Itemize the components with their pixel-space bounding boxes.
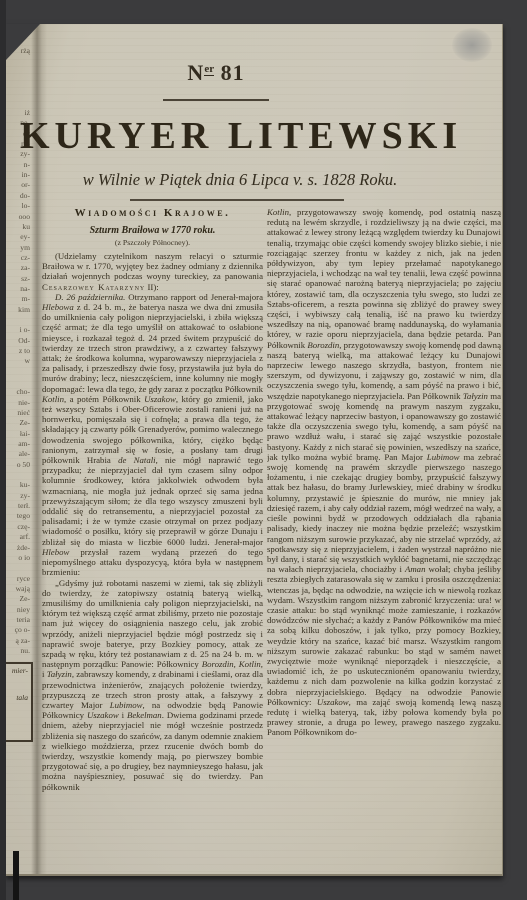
- margin-fragment: Ze-: [6, 594, 30, 604]
- body-text: „Gdyśmy już robotami naszemi w ziemi, ta…: [42, 578, 263, 670]
- margin-fragment: ku-: [6, 480, 30, 490]
- issue-digits: 81: [221, 60, 245, 85]
- margin-fragment: [6, 67, 30, 77]
- margin-fragment: ooo: [6, 212, 30, 222]
- margin-fragment: o 50: [6, 460, 30, 470]
- margin-fragment: [6, 77, 30, 87]
- dateline: w Wilnie w Piątek dnia 6 Lipca v. s. 182…: [20, 170, 460, 190]
- body-text: , a potém Półkownik: [64, 394, 144, 404]
- body-text: ma zebrać swoję komendę na prawém skrzyd…: [267, 452, 501, 574]
- margin-fragment: kim: [6, 305, 30, 315]
- italic-name: Lubimow: [110, 700, 143, 710]
- margin-fragment: am-: [6, 439, 30, 449]
- margin-fragment: w: [6, 356, 30, 366]
- margin-fragment: n-: [6, 160, 30, 170]
- italic-name: Tałyzin: [47, 669, 72, 679]
- italic-name: Uszakow: [87, 710, 119, 720]
- body-text: II):: [145, 282, 158, 292]
- margin-fragment: ço o-: [6, 625, 30, 635]
- margin-fragment: o io: [6, 553, 30, 563]
- margin-fragment: [6, 87, 30, 97]
- body-text: (Udzielamy czytelnikom naszym relacyi o …: [42, 251, 263, 281]
- body-text: , nie mógł naprawić tego przypadku; że n…: [42, 455, 263, 547]
- dateline-rule: [130, 199, 344, 201]
- margin-fragment: [6, 470, 30, 480]
- margin-fragment: Ze-: [6, 418, 30, 428]
- body-text: z d. 24 b. m., że baterya nasza we dwa d…: [42, 302, 263, 394]
- header-rule: [163, 99, 269, 101]
- body-text: i: [119, 710, 127, 720]
- issue-prefix: N: [187, 60, 204, 85]
- italic-name: D. 26 października.: [55, 292, 125, 302]
- margin-fragment: i o-: [6, 325, 30, 335]
- paragraph: D. 26 października. Otrzymano rapport od…: [42, 292, 263, 578]
- italic-name: Kotlin: [42, 394, 64, 404]
- body-text: przysłał razem wydaną przezeń do tego ni…: [42, 547, 263, 577]
- margin-fragment: tego: [6, 511, 30, 521]
- margin-fragment: [6, 367, 30, 377]
- italic-name: de Natali: [118, 455, 156, 465]
- margin-fragment: teria: [6, 615, 30, 625]
- margin-fragment: nieć: [6, 408, 30, 418]
- italic-name: Tałyzin: [463, 391, 488, 401]
- margin-fragment: ale-: [6, 449, 30, 459]
- stamp-text: mier-: [6, 664, 31, 675]
- margin-fragment: [6, 315, 30, 325]
- newspaper-scan: rżąiżne-eyro-zy-n-in-or-do-lo-oookuey-ym…: [0, 0, 527, 900]
- margin-fragment: ey-: [6, 232, 30, 242]
- italic-name: Hlebowa: [42, 302, 74, 312]
- article-title: Szturm Braiłowa w 1770 roku.: [42, 225, 263, 236]
- paragraph: Kotlin, przygotowawszy swoję komendę, po…: [267, 207, 501, 738]
- margin-fragment: wają: [6, 584, 30, 594]
- right-column: Kotlin, przygotowawszy swoję komendę, po…: [267, 207, 501, 738]
- italic-name: Kotlin: [239, 659, 261, 669]
- margin-fragment: arf.: [6, 532, 30, 542]
- spine-shadow-line: [13, 851, 19, 900]
- margin-fragment: czę-: [6, 522, 30, 532]
- margin-fragment: ą za-: [6, 636, 30, 646]
- margin-fragment: cho-: [6, 387, 30, 397]
- margin-fragment: niey: [6, 605, 30, 615]
- italic-name: Borozdin: [202, 659, 234, 669]
- left-column: Wiadomości Krajowe. Szturm Braiłowa w 17…: [42, 207, 263, 792]
- margin-fragment: nie-: [6, 398, 30, 408]
- newspaper-page: rżąiżne-eyro-zy-n-in-or-do-lo-oookuey-ym…: [6, 24, 503, 876]
- newspaper-title: KURYER LITEWSKI: [20, 114, 460, 158]
- margin-fragment: Od-: [6, 336, 30, 346]
- margin-fragment: lo-: [6, 201, 30, 211]
- margin-fragment: do-: [6, 191, 30, 201]
- italic-name: Borozdin: [307, 340, 339, 350]
- margin-fragment: terł.: [6, 501, 30, 511]
- italic-name: Aman: [405, 564, 426, 574]
- margin-fragment: [6, 56, 30, 66]
- left-column-body: (Udzielamy czytelnikom naszym relacyi o …: [42, 251, 263, 792]
- margin-fragment: sz-: [6, 274, 30, 284]
- margin-fragment: [6, 377, 30, 387]
- paragraph: „Gdyśmy już robotami naszemi w ziemi, ta…: [42, 578, 263, 792]
- body-text: wołał; chyba jeśliby reszta zbiegłych za…: [267, 564, 501, 707]
- margin-fragment: [6, 98, 30, 108]
- margin-fragment: cz-: [6, 253, 30, 263]
- italic-name: Hlebow: [42, 547, 69, 557]
- margin-fragment: żde-: [6, 543, 30, 553]
- stamp-text: tala: [6, 691, 31, 702]
- margin-fragment: łai-: [6, 429, 30, 439]
- margin-fragment: ku: [6, 222, 30, 232]
- right-column-body: Kotlin, przygotowawszy swoję komendę, po…: [267, 207, 501, 738]
- paragraph: (Udzielamy czytelnikom naszym relacyi o …: [42, 251, 263, 292]
- italic-name: Kotlin: [267, 207, 289, 217]
- italic-name: Bekelman: [127, 710, 162, 720]
- body-text: Cesarzowey Katarzyny: [42, 282, 145, 292]
- margin-fragment: na-: [6, 284, 30, 294]
- margin-fragment: ym: [6, 243, 30, 253]
- margin-fragment: z to: [6, 346, 30, 356]
- margin-fragment: zy-: [6, 491, 30, 501]
- issue-superscript: er: [204, 63, 214, 76]
- margin-fragment: nu.: [6, 646, 30, 656]
- library-stamp: mier- tala: [6, 662, 33, 742]
- italic-name: Uszakow: [144, 394, 176, 404]
- body-text: . Dwiema godzinami przede dniem, ażeby n…: [42, 710, 263, 791]
- margin-fragment: m-: [6, 294, 30, 304]
- section-header: Wiadomości Krajowe.: [42, 207, 263, 219]
- margin-fragment: za-: [6, 263, 30, 273]
- ink-smudge: [452, 28, 492, 62]
- issue-number: Ner 81: [36, 60, 396, 86]
- italic-name: Uszakow: [317, 697, 349, 707]
- margin-fragment: [6, 563, 30, 573]
- body-text: Otrzymano rapport od Jenerał-majora: [125, 292, 263, 302]
- article-source: (z Pszczoły Północney).: [42, 238, 263, 247]
- margin-fragment: ryce: [6, 574, 30, 584]
- italic-name: Lubimow: [427, 452, 460, 462]
- body-text: , przygotowawszy swoję komendę, pod osta…: [267, 207, 501, 350]
